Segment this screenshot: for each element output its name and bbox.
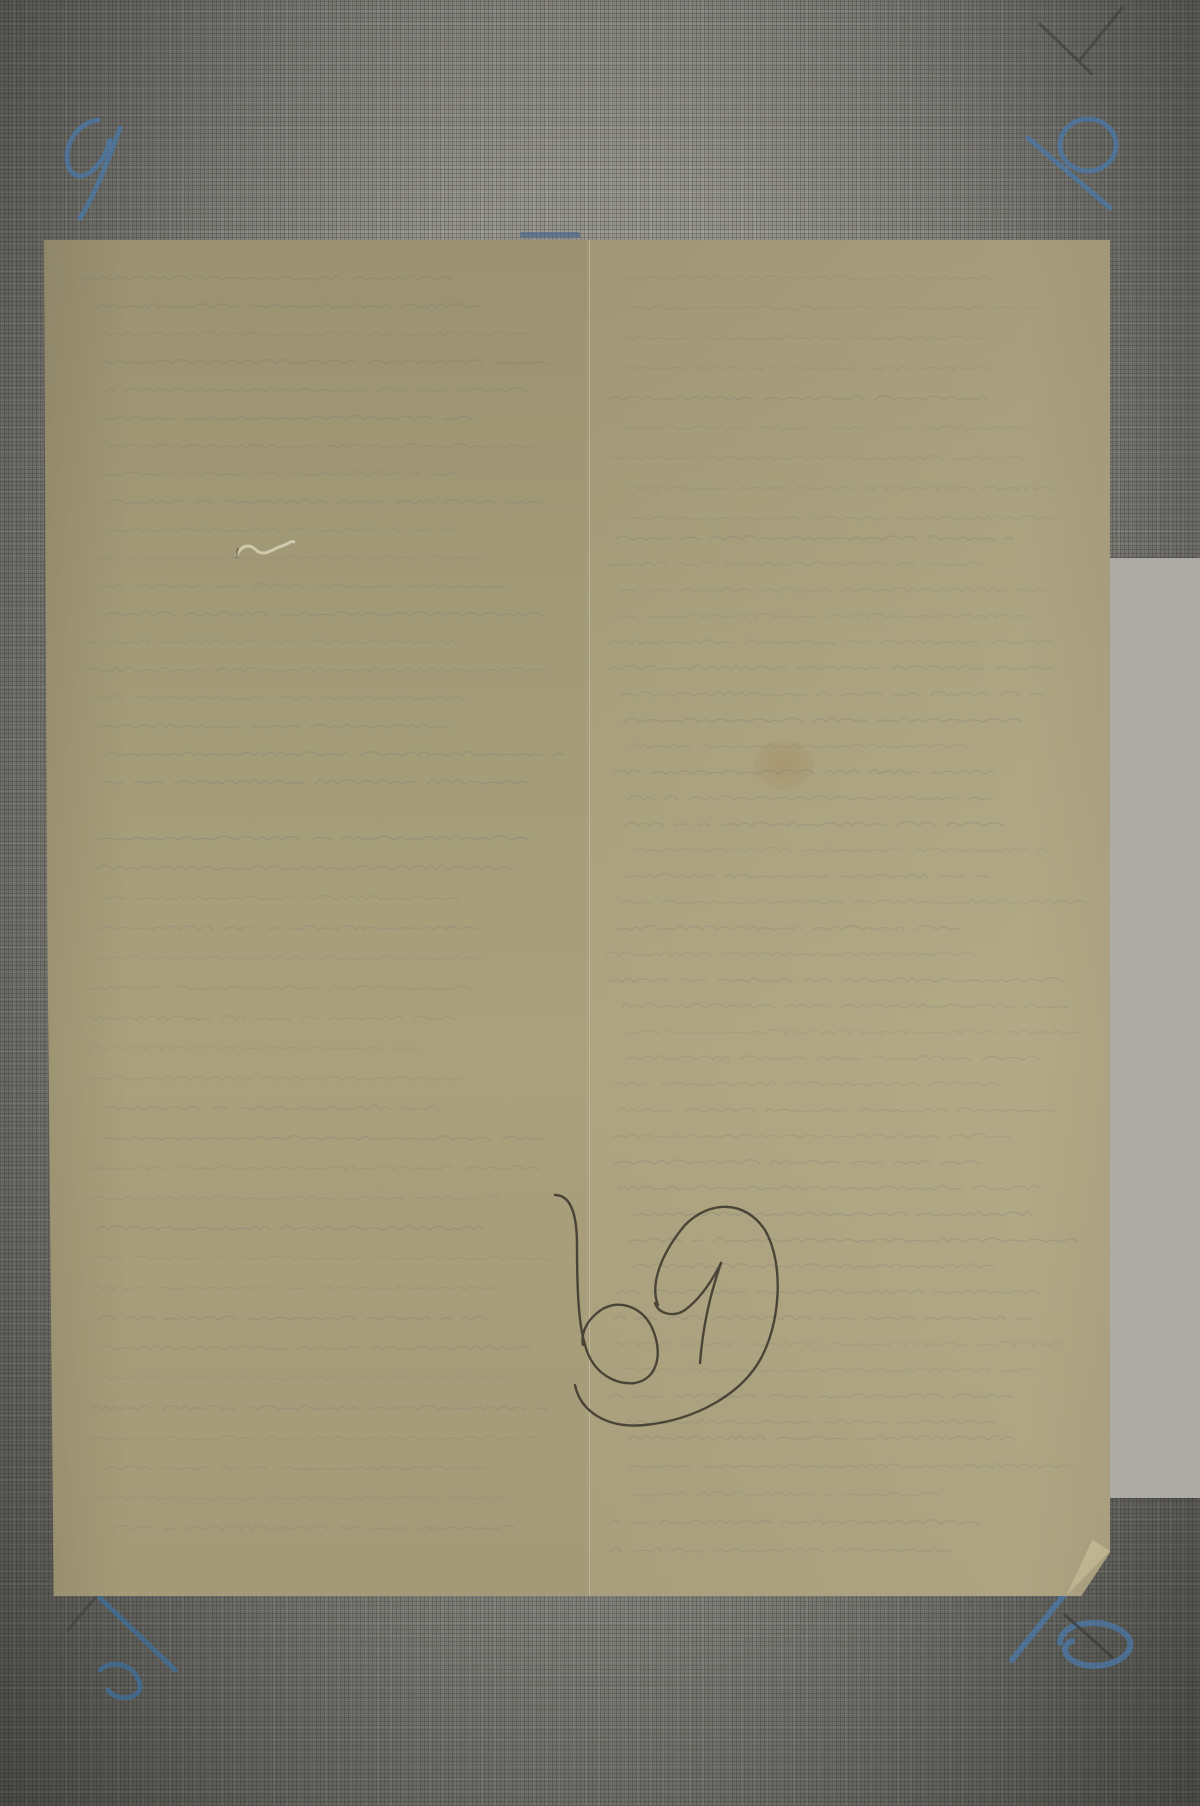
backing-card xyxy=(1108,558,1200,1498)
blue-tape-strip xyxy=(520,232,580,238)
corner-mark-top-right xyxy=(1010,0,1160,230)
corner-mark-bottom-left xyxy=(60,1590,200,1710)
corner-mark-top-left xyxy=(40,100,150,230)
folio-number-mark: 69 xyxy=(535,1185,795,1445)
